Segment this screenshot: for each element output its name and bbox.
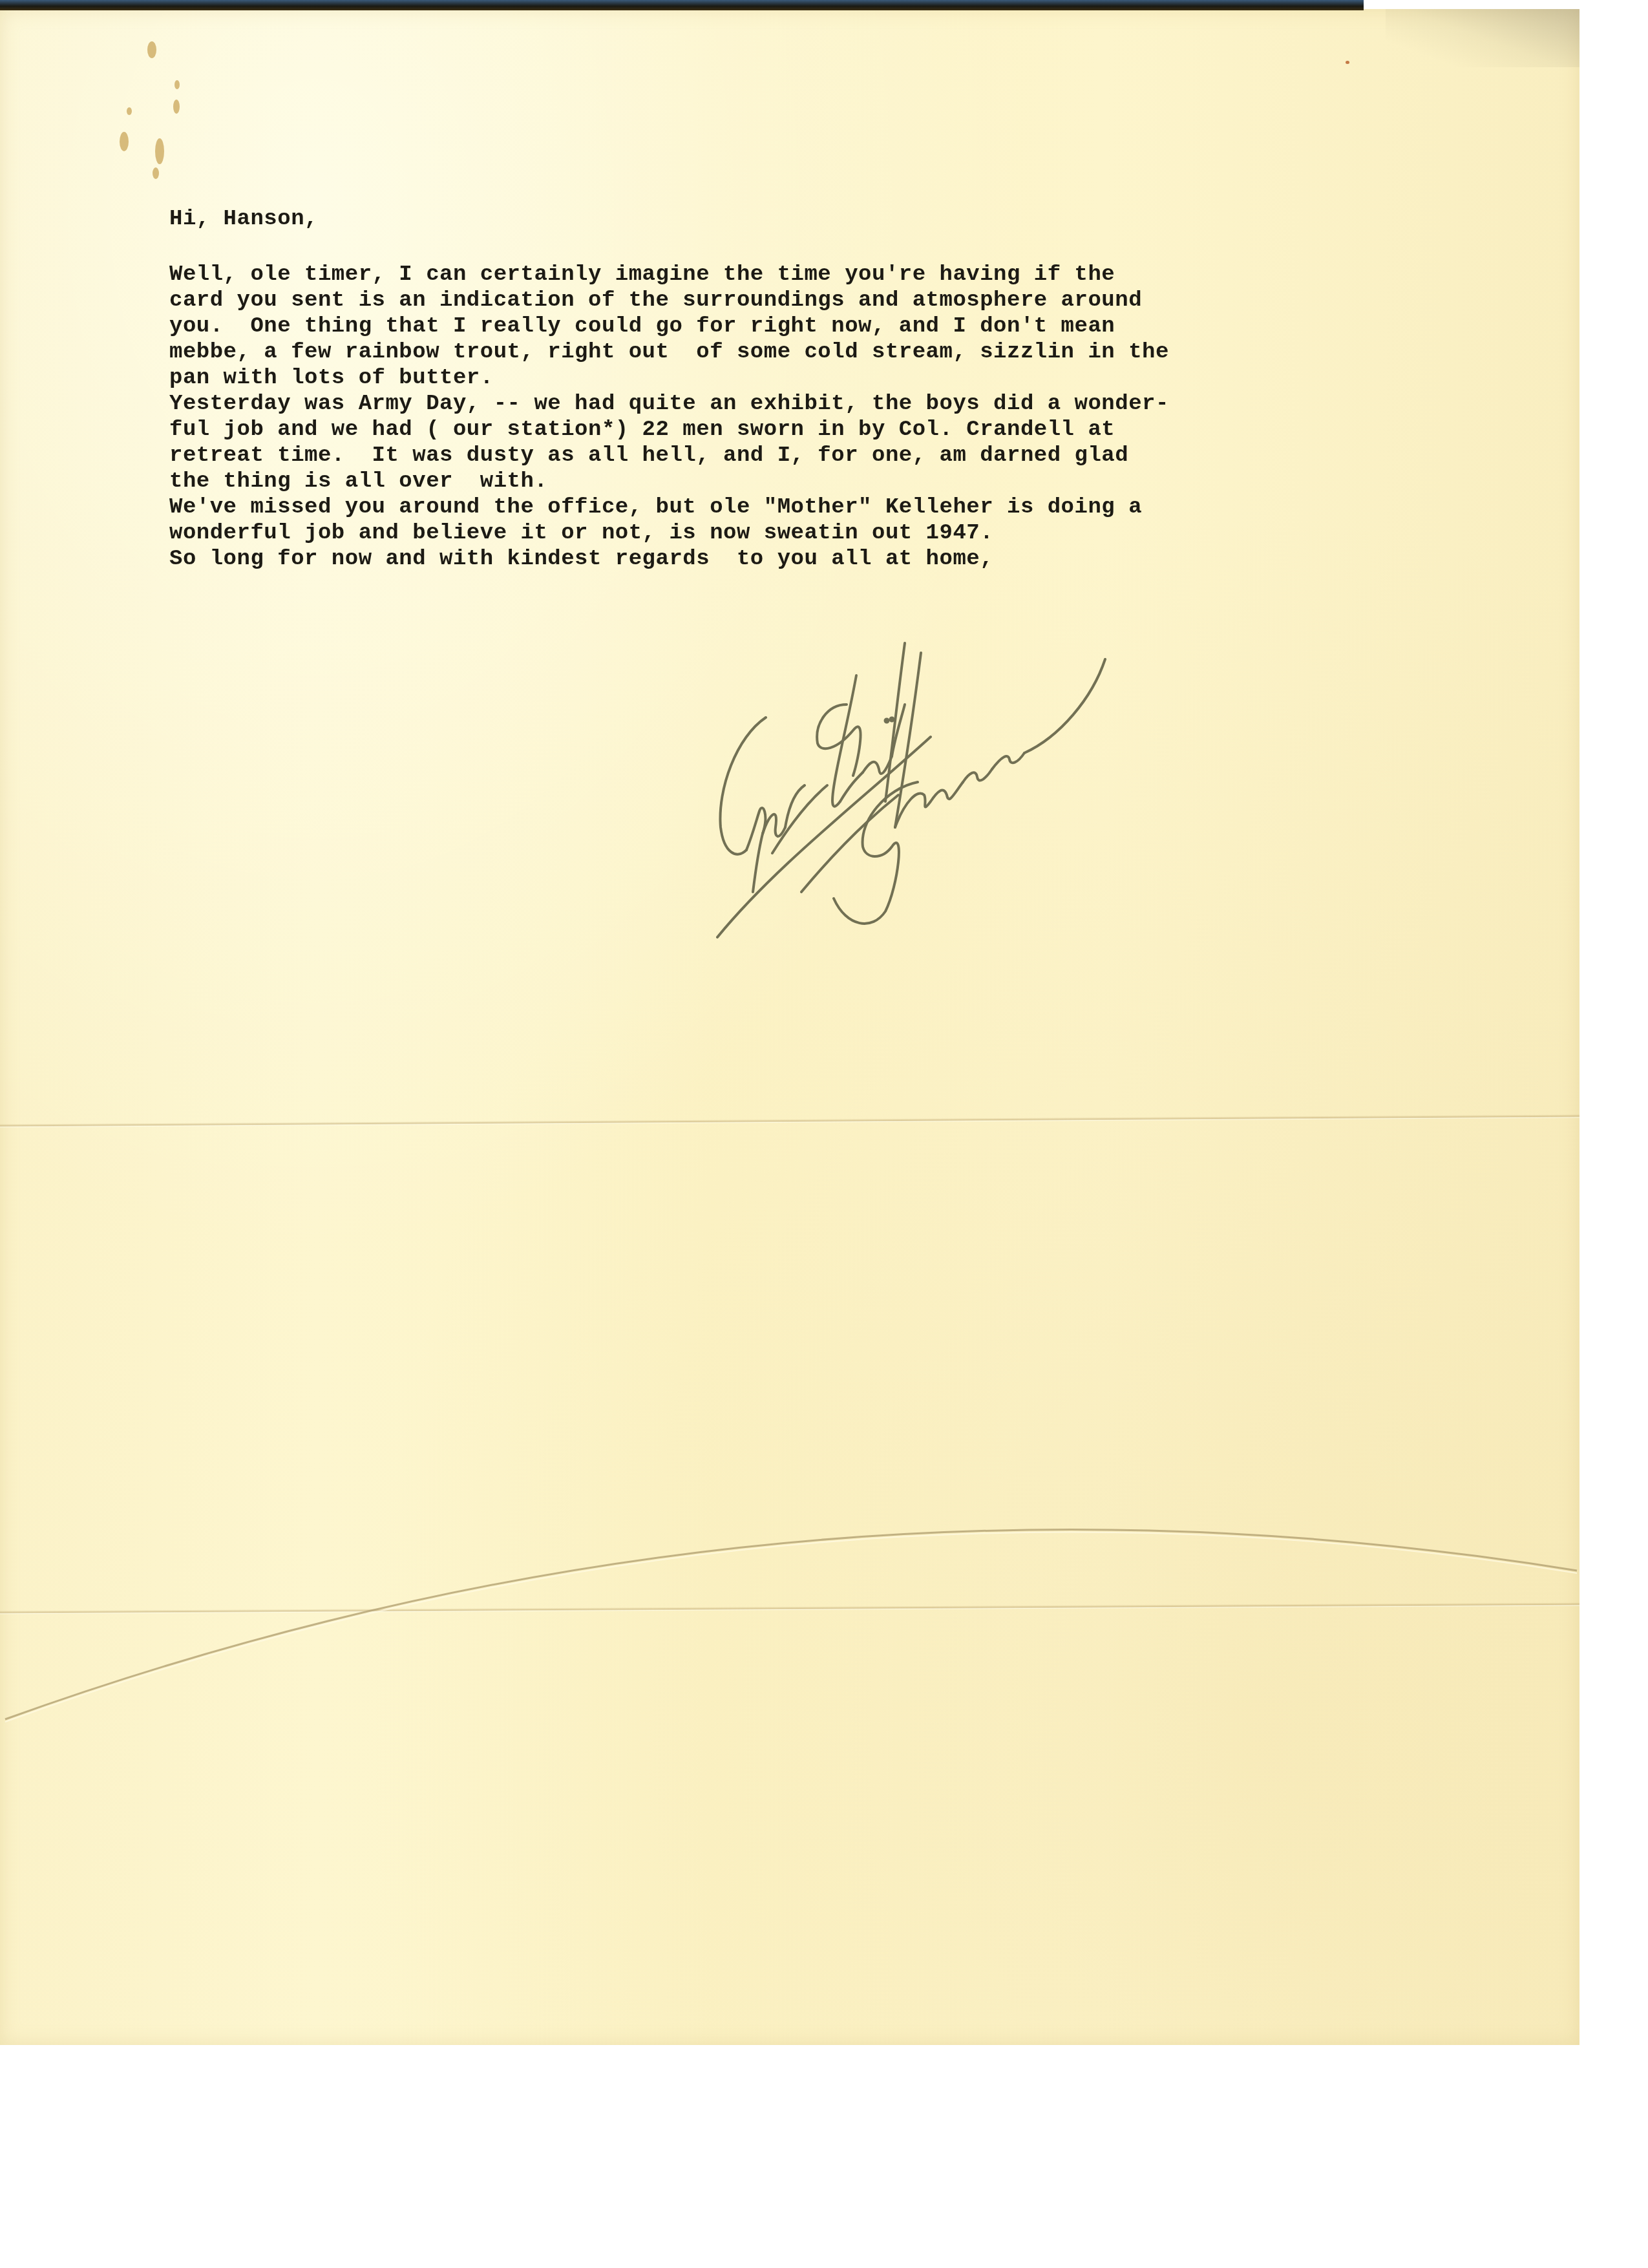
salutation: Hi, Hanson, [169, 207, 318, 231]
letter-paragraphs: Well, ole timer, I can certainly imagine… [169, 262, 1169, 572]
text-line: Yesterday was Army Day, -- we had quite … [169, 391, 1169, 417]
stain-mark [147, 41, 156, 58]
text-line: you. One thing that I really could go fo… [169, 313, 1169, 339]
stain-mark [1346, 61, 1349, 64]
text-line: card you sent is an indication of the su… [169, 288, 1169, 313]
stain-mark [174, 80, 180, 89]
fold-crease [0, 1602, 1579, 1615]
text-line: So long for now and with kindest regards… [169, 546, 1169, 572]
text-line: wonderful job and believe it or not, is … [169, 520, 1169, 546]
stain-mark [153, 167, 159, 179]
text-line: ful job and we had ( our station*) 22 me… [169, 417, 1169, 443]
text-line: mebbe, a few rainbow trout, right out of… [169, 339, 1169, 365]
text-line: Well, ole timer, I can certainly imagine… [169, 262, 1169, 288]
text-line: retreat time. It was dusty as all hell, … [169, 443, 1169, 469]
stain-mark [173, 100, 180, 114]
text-line: pan with lots of butter. [169, 365, 1169, 391]
text-line: the thing is all over with. [169, 469, 1169, 494]
scan-top-edge [0, 0, 1364, 10]
stain-mark [120, 132, 129, 151]
text-line: We've missed you around the office, but … [169, 494, 1169, 520]
stain-mark [127, 107, 132, 115]
stain-mark [155, 138, 164, 164]
handwritten-signature: Capt Emil Hanna [698, 640, 1422, 944]
signature-strokes [698, 640, 1422, 944]
fold-crease [0, 1114, 1579, 1128]
paper-corner-shading [1386, 9, 1579, 67]
